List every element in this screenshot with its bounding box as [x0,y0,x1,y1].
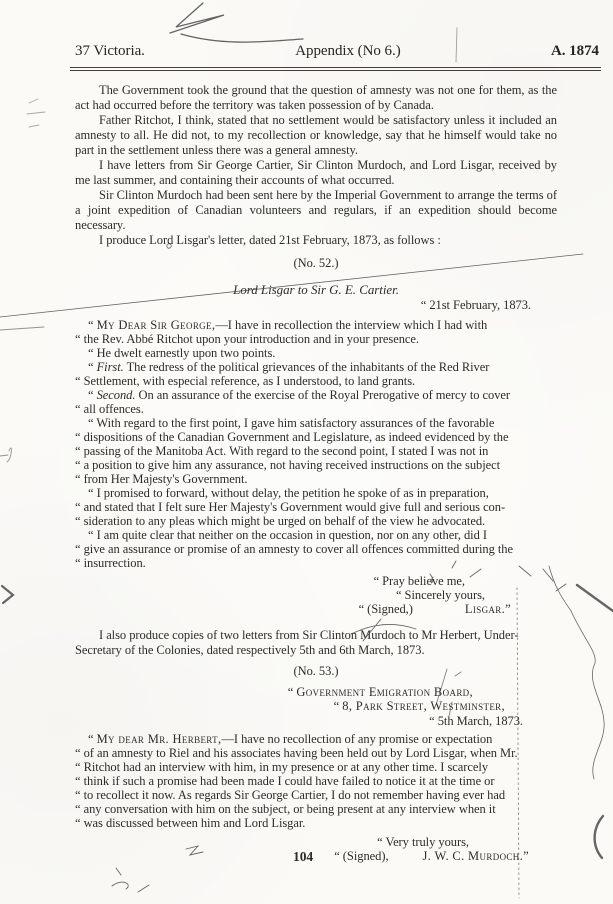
intro-paragraph: The Government took the ground that the … [75,83,557,113]
letter-line: “ was discussed between him and Lord Lis… [75,816,557,830]
letter-lisgar: “ My Dear Sir George,—I have in recollec… [75,318,557,570]
signature-line: “ (Signed,) Lisgar.” [75,602,511,616]
intro-paragraph: I produce Lord Lisgar's letter, dated 21… [75,233,557,248]
letter-line: “ a position to give him any assurance, … [75,458,557,472]
letter-salutation: “ My Dear Sir George,—I have in recollec… [75,318,557,332]
letter-line: “ passing of the Manitoba Act. With rega… [75,444,557,458]
letter-line: “ I am quite clear that neither on the o… [75,528,557,542]
page-header: 37 Victoria. Appendix (No 6.) A. 1874 [75,42,599,60]
header-volume: 37 Victoria. [75,42,145,60]
letter-line: “ With regard to the first point, I gave… [75,416,557,430]
arrow-stroke [577,585,613,611]
wavy-line [549,566,604,779]
letter-closing-block: “ Pray believe me, “ Sincerely yours, “ … [75,574,557,616]
letter-line: “ the Rev. Abbé Ritchot upon your introd… [75,332,557,346]
intro-paragraph: Sir Clinton Murdoch had been sent here b… [75,188,557,233]
intro-paragraph: Father Ritchot, I think, stated that no … [75,113,557,158]
signed-label: “ (Signed), [334,849,388,863]
doc1-date: “ 21st February, 1873. [75,298,531,313]
doc1-heading: Lord Lisgar to Sir G. E. Cartier. [75,282,557,297]
letter-line: “ think if such a promise had been made … [75,774,557,788]
letter2-closing-block: “ Very truly yours, “ (Signed), J. W. C.… [75,835,557,863]
letter-line: “ all offences. [75,402,557,416]
letter-line: “ to recollect it now. As regards Sir Ge… [75,788,557,802]
scribble-top [170,3,303,42]
closing-line: “ Sincerely yours, [75,588,485,602]
intro-paragraph: I have letters from Sir George Cartier, … [75,158,557,188]
letter-line: “ He dwelt earnestly upon two points. [75,346,557,360]
address-line: “ 5th March, 1873. [75,714,523,728]
letter-line: “ First. The redress of the political gr… [75,360,557,374]
doc2-number: (No. 53.) [75,664,557,679]
margin-blob [2,586,13,603]
header-year: A. 1874 [551,42,599,60]
letter-murdoch: “ My dear Mr. Herbert,—I have no recolle… [75,732,557,830]
connecting-paragraph: I also produce copies of two letters fro… [75,628,557,658]
letter-line: “ any conversation with him on the subje… [75,802,557,816]
margin-mark-f [0,448,11,462]
letter-line: “ dispositions of the Canadian Governmen… [75,430,557,444]
double-rule [70,67,601,71]
page-number: 104 [293,849,313,864]
letter-line: “ Ritchot had an interview with him, in … [75,760,557,774]
closing-line: “ Pray believe me, [75,574,465,588]
letter-address-block: “ Government Emigration Board, “ 8, Park… [75,685,557,728]
header-title: Appendix (No 6.) [295,42,400,60]
letter-salutation: “ My dear Mr. Herbert,—I have no recolle… [75,732,557,746]
letter-line: “ sideration to any pleas which might be… [75,514,557,528]
signature-name: Lisgar.” [465,602,511,616]
signature-name: J. W. C. Murdoch.” [423,849,529,863]
letter-line: “ insurrection. [75,556,557,570]
letter-line: “ and stated that I felt sure Her Majest… [75,500,557,514]
document-page: 37 Victoria. Appendix (No 6.) A. 1874 Th… [0,0,613,904]
letter-line: “ I promised to forward, without delay, … [75,486,557,500]
doc1-number: (No. 52.) [75,256,557,271]
page-body: The Government took the ground that the … [75,83,557,863]
margin-tick [0,327,44,330]
signed-label: “ (Signed,) [359,602,413,616]
margin-marks [27,99,45,127]
letter-line: “ give an assurance or promise of an amn… [75,542,557,556]
closing-line: “ Very truly yours, [75,835,469,849]
letter-line: “ Settlement, with especial reference, a… [75,374,557,388]
address-line: “ Government Emigration Board, [75,685,473,699]
letter-line: “ from Her Majesty's Government. [75,472,557,486]
letter-line: “ of an amnesty to Riel and his associat… [75,746,557,760]
letter-line: “ Second. On an assurance of the exercis… [75,388,557,402]
paren-mark [595,816,603,858]
address-line: “ 8, Park Street, Westminster, [75,699,505,713]
